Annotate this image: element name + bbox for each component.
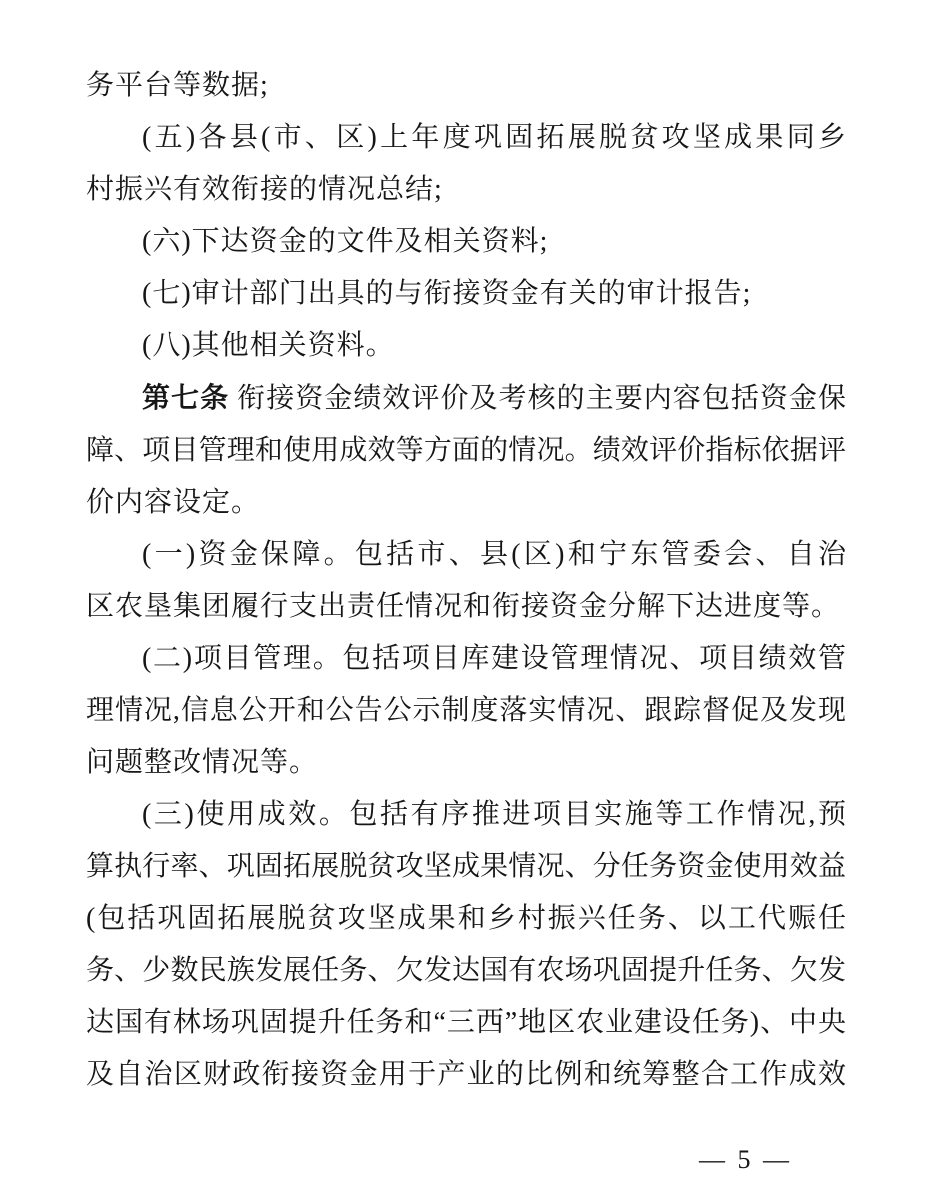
text-line: 算执行率、巩固拓展脱贫攻坚成果情况、分任务资金使用效益 [86, 841, 846, 893]
text-line: (一)资金保障。包括市、县(区)和宁东管委会、自治 [86, 529, 846, 581]
text-line: 区农垦集团履行支出责任情况和衔接资金分解下达进度等。 [86, 581, 846, 633]
text-line: 问题整改情况等。 [86, 737, 846, 789]
text-line: (二)项目管理。包括项目库建设管理情况、项目绩效管 [86, 633, 846, 685]
text-line: (七)审计部门出具的与衔接资金有关的审计报告; [86, 268, 846, 320]
text-line: (五)各县(市、区)上年度巩固拓展脱贫攻坚成果同乡 [86, 112, 846, 164]
article-text: 衔接资金绩效评价及考核的主要内容包括资金保 [229, 383, 846, 414]
document-page: 务平台等数据; (五)各县(市、区)上年度巩固拓展脱贫攻坚成果同乡 村振兴有效衔… [0, 0, 928, 1199]
text-line: (包括巩固拓展脱贫攻坚成果和乡村振兴任务、以工代赈任 [86, 893, 846, 945]
text-line: 理情况,信息公开和公告公示制度落实情况、跟踪督促及发现 [86, 685, 846, 737]
text-line: (三)使用成效。包括有序推进项目实施等工作情况,预 [86, 789, 846, 841]
text-line: 及自治区财政衔接资金用于产业的比例和统筹整合工作成效 [86, 1049, 846, 1101]
text-line-article-heading: 第七条 衔接资金绩效评价及考核的主要内容包括资金保 [86, 372, 846, 425]
text-line: 务、少数民族发展任务、欠发达国有农场巩固提升任务、欠发 [86, 945, 846, 997]
text-line: 障、项目管理和使用成效等方面的情况。绩效评价指标依据评 [86, 425, 846, 477]
text-line: 达国有林场巩固提升任务和“三西”地区农业建设任务)、中央 [86, 997, 846, 1049]
text-line: 价内容设定。 [86, 477, 846, 529]
document-body: 务平台等数据; (五)各县(市、区)上年度巩固拓展脱贫攻坚成果同乡 村振兴有效衔… [86, 60, 846, 1101]
text-line: 务平台等数据; [86, 60, 846, 112]
article-number: 第七条 [142, 382, 229, 413]
text-line: 村振兴有效衔接的情况总结; [86, 164, 846, 216]
text-line: (六)下达资金的文件及相关资料; [86, 216, 846, 268]
text-line: (八)其他相关资料。 [86, 320, 846, 372]
page-number: — 5 — [699, 1145, 792, 1175]
